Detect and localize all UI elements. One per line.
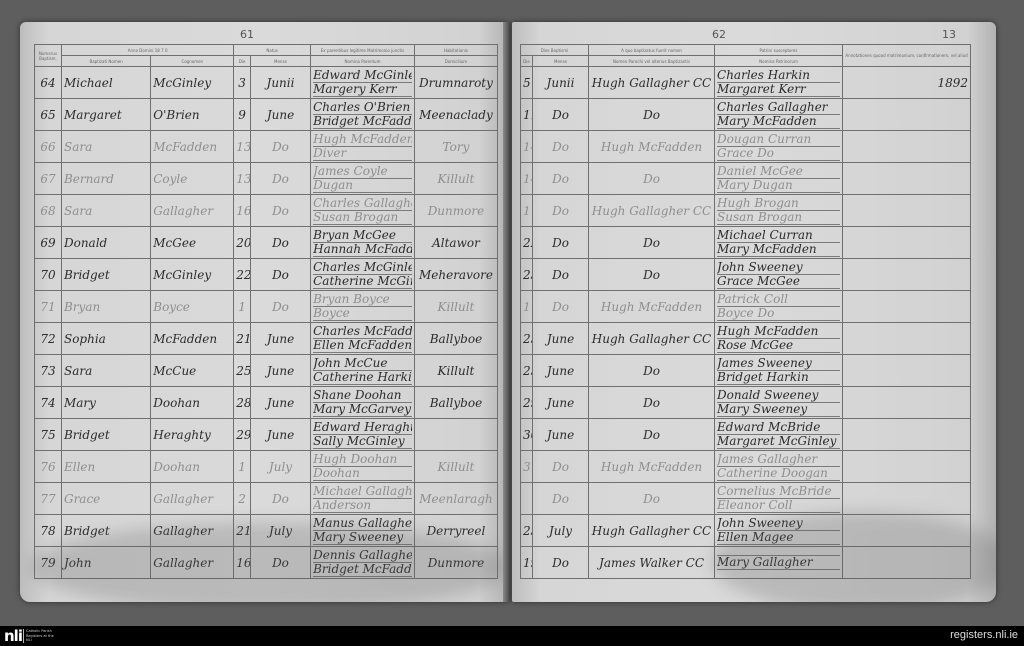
sponsors-line-2: Margaret Kerr [717, 83, 840, 97]
christian-name: Michael [61, 67, 150, 99]
remarks [843, 131, 971, 163]
baptism-day: 14 [521, 163, 533, 195]
baptism-month: Do [533, 227, 589, 259]
parents-line-1: Edward McGinley [313, 69, 412, 83]
header-born-group: Natus [234, 45, 311, 56]
baptism-month: Do [533, 547, 589, 579]
entry-number: 71 [35, 291, 62, 323]
page-number-right: 62 [712, 28, 726, 41]
birth-month: Do [250, 131, 310, 163]
remarks [843, 163, 971, 195]
birth-day: 1 [234, 451, 251, 483]
baptism-month: Do [533, 131, 589, 163]
birth-month: Do [250, 483, 310, 515]
parents-line-2: Sally McGinley [313, 435, 412, 449]
baptism-day: 23 [521, 259, 533, 291]
table-row: 72SophiaMcFadden21JuneCharles McFaddenEl… [35, 323, 498, 355]
sponsors-line-2: Mary Sweeney [717, 403, 840, 417]
sponsors-line-2: Grace Do [717, 147, 840, 161]
parents: Hugh McFaddenDiver [311, 131, 415, 163]
table-row: 5JuniiHugh Gallagher CCCharles HarkinMar… [521, 67, 971, 99]
sponsors: Charles GallagherMary McFadden [715, 99, 843, 131]
sponsors: James SweeneyBridget Harkin [715, 355, 843, 387]
header-baptism-month: Mense [533, 56, 589, 67]
sponsors: Edward McBrideMargaret McGinley [715, 419, 843, 451]
parents-line-1: Hugh McFadden [313, 133, 412, 147]
christian-name: Mary [61, 387, 150, 419]
parents: Hugh DoohanDoohan [311, 451, 415, 483]
table-row: 68SaraGallagher16DoCharles GallagherSusa… [35, 195, 498, 227]
parents-line-2: Hannah McFadden [313, 243, 412, 257]
birth-day: 13 [234, 131, 251, 163]
parents-line-1: Hugh Doohan [313, 453, 412, 467]
sponsors: James GallagherCatherine Doogan [715, 451, 843, 483]
baptism-day: 25 [521, 323, 533, 355]
logo-divider [23, 629, 24, 643]
table-row: 76EllenDoohan1JulyHugh DoohanDoohanKillu… [35, 451, 498, 483]
header-remarks: Annotationes quoad matrimonium, confirma… [843, 45, 971, 67]
sponsors: Charles HarkinMargaret Kerr [715, 67, 843, 99]
parents-line-1: John McCue [313, 357, 412, 371]
minister: James Walker CC [589, 547, 715, 579]
baptism-register-table-left: Numerus Baptism. Anno Domini 18 7 0 Natu… [34, 44, 498, 579]
table-row: 14DoDoDaniel McGeeMary Dugan [521, 163, 971, 195]
parents-line-1: Charles O'Brien [313, 101, 412, 115]
birth-month: July [250, 451, 310, 483]
birth-month: Do [250, 259, 310, 291]
table-row: 74MaryDoohan28JuneShane DoohanMary McGar… [35, 387, 498, 419]
sponsors-line-2: Susan Brogan [717, 211, 840, 225]
minister: Hugh McFadden [589, 131, 715, 163]
entry-number: 77 [35, 483, 62, 515]
table-row: 66SaraMcFadden13DoHugh McFaddenDiverTory [35, 131, 498, 163]
sponsors-line-2: Mary McFadden [717, 115, 840, 129]
baptism-day: 22 [521, 227, 533, 259]
sponsors-line-1: Hugh Brogan [717, 197, 840, 211]
parents-line-2: Doohan [313, 467, 412, 481]
minister: Do [589, 483, 715, 515]
christian-name: Ellen [61, 451, 150, 483]
residence: Killult [414, 451, 497, 483]
residence: Meheravore [414, 259, 497, 291]
header-minister-group: A quo baptizatus fuerit nomen [589, 45, 715, 56]
parents: James CoyleDugan [311, 163, 415, 195]
birth-day: 3 [234, 67, 251, 99]
baptism-month: June [533, 323, 589, 355]
birth-day: 21 [234, 323, 251, 355]
table-row: 67BernardCoyle13DoJames CoyleDuganKillul… [35, 163, 498, 195]
baptism-day: 3 [521, 451, 533, 483]
entry-number: 66 [35, 131, 62, 163]
parents-line-2: Boyce [313, 307, 412, 321]
birth-month: June [250, 323, 310, 355]
header-name-group: Anno Domini 18 7 0 [61, 45, 233, 56]
table-row: 65MargaretO'Brien9JuneCharles O'BrienBri… [35, 99, 498, 131]
residence: Meenaclady [414, 99, 497, 131]
surname: Gallagher [151, 483, 234, 515]
sponsors-line-1: Daniel McGee [717, 165, 840, 179]
christian-name: Sara [61, 355, 150, 387]
baptism-day: 1 [521, 291, 533, 323]
entry-number: 73 [35, 355, 62, 387]
remarks [843, 99, 971, 131]
header-entry-number: Numerus Baptism. [35, 45, 62, 67]
entry-number: 76 [35, 451, 62, 483]
birth-day: 1 [234, 291, 251, 323]
surname: Gallagher [151, 195, 234, 227]
sponsors-line-2: Rose McGee [717, 339, 840, 353]
sponsors-line-2: Margaret McGinley [717, 435, 840, 449]
residence: Ballyboe [414, 323, 497, 355]
baptism-day: 29 [521, 387, 533, 419]
surname: Coyle [151, 163, 234, 195]
header-residence: Habitationis [414, 45, 497, 56]
baptism-day: 19 [521, 547, 533, 579]
sponsors-line-1: James Gallagher [717, 453, 840, 467]
header-sponsors-group: Patrini susceptores [715, 45, 843, 56]
minister: Hugh Gallagher CC [589, 195, 715, 227]
entry-number: 65 [35, 99, 62, 131]
sponsors-line-1: Hugh McFadden [717, 325, 840, 339]
table-row: 25JuneDoJames SweeneyBridget Harkin [521, 355, 971, 387]
baptism-day: 30 [521, 419, 533, 451]
birth-month: June [250, 419, 310, 451]
surname: Heraghty [151, 419, 234, 451]
sponsors-line-1: Michael Curran [717, 229, 840, 243]
parents-line-1: Michael Gallagher [313, 485, 412, 499]
table-row: 64MichaelMcGinley3JuniiEdward McGinleyMa… [35, 67, 498, 99]
birth-month: June [250, 355, 310, 387]
sponsors-line-1: Edward McBride [717, 421, 840, 435]
minister: Do [589, 259, 715, 291]
table-row: 3DoHugh McFaddenJames GallagherCatherine… [521, 451, 971, 483]
residence: Tory [414, 131, 497, 163]
parents: Charles McFaddenEllen McFadden [311, 323, 415, 355]
baptism-day: 14 [521, 131, 533, 163]
parents-line-1: Edward Heraghty [313, 421, 412, 435]
parents: Charles O'BrienBridget McFadden [311, 99, 415, 131]
remarks [843, 451, 971, 483]
corner-number: 13 [942, 28, 956, 41]
entry-number: 75 [35, 419, 62, 451]
residence: Meenlaragh [414, 483, 497, 515]
sponsors: John SweeneyGrace McGee [715, 259, 843, 291]
surname: Doohan [151, 451, 234, 483]
remarks [843, 387, 971, 419]
right-register-page: 62 13 Dies Baptismi A quo baptizatus fue… [512, 22, 996, 602]
registers-site-link[interactable]: registers.nli.ie [950, 629, 1018, 641]
remarks [843, 323, 971, 355]
surname: Doohan [151, 387, 234, 419]
surname: McFadden [151, 131, 234, 163]
table-row: 71BryanBoyce1DoBryan BoyceBoyceKillult [35, 291, 498, 323]
baptism-month: Do [533, 195, 589, 227]
birth-day: 2 [234, 483, 251, 515]
table-row: 29JuneDoDonald SweeneyMary Sweeney [521, 387, 971, 419]
table-row: 69DonaldMcGee20DoBryan McGeeHannah McFad… [35, 227, 498, 259]
header-parents-names: Nomina Parentum [311, 56, 415, 67]
parents-line-1: Charles McGinley [313, 261, 412, 275]
minister: Do [589, 419, 715, 451]
header-parents: Ex parentibus legitime Matrimonio juncti… [311, 45, 415, 56]
baptism-month: June [533, 355, 589, 387]
sponsors: Hugh BroganSusan Brogan [715, 195, 843, 227]
christian-name: Bryan [61, 291, 150, 323]
surname: McGinley [151, 259, 234, 291]
remarks [843, 419, 971, 451]
table-row: 17DoHugh Gallagher CCHugh BroganSusan Br… [521, 195, 971, 227]
minister: Hugh McFadden [589, 451, 715, 483]
remarks [843, 483, 971, 515]
table-row: DoDoCornelius McBrideEleanor Coll [521, 483, 971, 515]
birth-month: Do [250, 291, 310, 323]
sponsors-line-2: Catherine Doogan [717, 467, 840, 481]
parents: Bryan McGeeHannah McFadden [311, 227, 415, 259]
sponsors-line-2: Boyce Do [717, 307, 840, 321]
entry-number: 68 [35, 195, 62, 227]
sponsors-line-1: Charles Gallagher [717, 101, 840, 115]
christian-name: Margaret [61, 99, 150, 131]
birth-day: 16 [234, 195, 251, 227]
residence: Altawor [414, 227, 497, 259]
birth-day: 22 [234, 259, 251, 291]
table-row: 73SaraMcCue25JuneJohn McCueCatherine Har… [35, 355, 498, 387]
remarks: 1892 [843, 67, 971, 99]
remarks [843, 195, 971, 227]
birth-day: 28 [234, 387, 251, 419]
parents-line-1: Bryan McGee [313, 229, 412, 243]
parents: Shane DoohanMary McGarvey [311, 387, 415, 419]
birth-month: Junii [250, 67, 310, 99]
birth-month: June [250, 99, 310, 131]
surname: McGee [151, 227, 234, 259]
table-row: 75BridgetHeraghty29JuneEdward HeraghtySa… [35, 419, 498, 451]
birth-day: 25 [234, 355, 251, 387]
parents: John McCueCatherine Harkin [311, 355, 415, 387]
birth-day: 20 [234, 227, 251, 259]
sponsors-line-2: Mary McFadden [717, 243, 840, 257]
table-row: 11DoDoCharles GallagherMary McFadden [521, 99, 971, 131]
birth-month: Do [250, 227, 310, 259]
christian-name: Bernard [61, 163, 150, 195]
residence: Killult [414, 355, 497, 387]
residence: Dunmore [414, 195, 497, 227]
sponsors: Donald SweeneyMary Sweeney [715, 387, 843, 419]
entry-number: 70 [35, 259, 62, 291]
entry-number: 74 [35, 387, 62, 419]
nli-logo-subtitle: Catholic Parish Registers at the NLI [26, 629, 56, 643]
baptism-register-table-right: Dies Baptismi A quo baptizatus fuerit no… [520, 44, 971, 579]
page-stain [30, 522, 508, 602]
sponsors-line-1: Cornelius McBride [717, 485, 840, 499]
left-register-page: 61 Numerus Baptism. Anno Domini 18 7 0 N… [20, 22, 508, 602]
surname: Boyce [151, 291, 234, 323]
minister: Do [589, 387, 715, 419]
baptism-month: Do [533, 259, 589, 291]
baptism-day [521, 483, 533, 515]
parents: Edward McGinleyMargery Kerr [311, 67, 415, 99]
baptism-day: 17 [521, 195, 533, 227]
sponsors-line-2: Grace McGee [717, 275, 840, 289]
header-month: Mense [250, 56, 310, 67]
minister: Do [589, 163, 715, 195]
page-number-left: 61 [240, 28, 254, 41]
remarks [843, 227, 971, 259]
christian-name: Donald [61, 227, 150, 259]
table-row: 25JuneHugh Gallagher CCHugh McFaddenRose… [521, 323, 971, 355]
sponsors-line-1: Patrick Coll [717, 293, 840, 307]
baptism-month: Do [533, 291, 589, 323]
birth-month: June [250, 387, 310, 419]
table-row: 77GraceGallagher2DoMichael GallagherAnde… [35, 483, 498, 515]
parents: Charles McGinleyCatherine McGinley [311, 259, 415, 291]
parents-line-1: Bryan Boyce [313, 293, 412, 307]
parents: Michael GallagherAnderson [311, 483, 415, 515]
baptism-month: Do [533, 163, 589, 195]
sponsors: Michael CurranMary McFadden [715, 227, 843, 259]
sponsors-line-1: Donald Sweeney [717, 389, 840, 403]
birth-day: 29 [234, 419, 251, 451]
sponsors: Hugh McFaddenRose McGee [715, 323, 843, 355]
sponsors: Patrick CollBoyce Do [715, 291, 843, 323]
register-image-viewer[interactable]: 61 Numerus Baptism. Anno Domini 18 7 0 N… [0, 0, 1024, 626]
christian-name: Bridget [61, 419, 150, 451]
parents-line-1: Shane Doohan [313, 389, 412, 403]
birth-day: 9 [234, 99, 251, 131]
footer-bar: nli Catholic Parish Registers at the NLI… [0, 626, 1024, 646]
header-christian-name: Baptizati Nomen [61, 56, 150, 67]
parents-line-2: Diver [313, 147, 412, 161]
christian-name: Sara [61, 195, 150, 227]
minister: Hugh Gallagher CC [589, 323, 715, 355]
table-row: 30JuneDoEdward McBrideMargaret McGinley [521, 419, 971, 451]
parents-line-2: Margery Kerr [313, 83, 412, 97]
entry-number: 69 [35, 227, 62, 259]
sponsors-line-1: John Sweeney [717, 261, 840, 275]
baptism-month: July [533, 515, 589, 547]
sponsors: Dougan CurranGrace Do [715, 131, 843, 163]
header-domicile: Domicilium [414, 56, 497, 67]
residence: Ballyboe [414, 387, 497, 419]
parents: Bryan BoyceBoyce [311, 291, 415, 323]
sponsors-line-2: Bridget Harkin [717, 371, 840, 385]
table-row: 23DoDoJohn SweeneyGrace McGee [521, 259, 971, 291]
parents: Edward HeraghtySally McGinley [311, 419, 415, 451]
entry-number: 64 [35, 67, 62, 99]
table-row: 1DoHugh McFaddenPatrick CollBoyce Do [521, 291, 971, 323]
baptism-month: June [533, 387, 589, 419]
sponsors-line-1: Dougan Curran [717, 133, 840, 147]
minister: Do [589, 99, 715, 131]
baptism-month: Do [533, 483, 589, 515]
surname: O'Brien [151, 99, 234, 131]
surname: McCue [151, 355, 234, 387]
nli-logo[interactable]: nli [4, 628, 22, 644]
parents-line-2: Mary McGarvey [313, 403, 412, 417]
sponsors-line-1: James Sweeney [717, 357, 840, 371]
christian-name: Sara [61, 131, 150, 163]
baptism-month: June [533, 419, 589, 451]
birth-day: 13 [234, 163, 251, 195]
sponsors: Cornelius McBrideEleanor Coll [715, 483, 843, 515]
remarks [843, 291, 971, 323]
surname: McGinley [151, 67, 234, 99]
header-surname: Cognomen [151, 56, 234, 67]
baptism-day: 23 [521, 515, 533, 547]
baptism-month: Junii [533, 67, 589, 99]
table-row: 14DoHugh McFaddenDougan CurranGrace Do [521, 131, 971, 163]
parents-line-2: Bridget McFadden [313, 115, 412, 129]
parents-line-2: Dugan [313, 179, 412, 193]
header-baptism-date-group: Dies Baptismi [521, 45, 589, 56]
baptism-day: 25 [521, 355, 533, 387]
residence: Killult [414, 163, 497, 195]
table-row: 22DoDoMichael CurranMary McFadden [521, 227, 971, 259]
header-day: Die [234, 56, 251, 67]
remarks [843, 259, 971, 291]
minister: Hugh McFadden [589, 291, 715, 323]
christian-name: Grace [61, 483, 150, 515]
minister: Hugh Gallagher CC [589, 67, 715, 99]
parents-line-1: Charles McFadden [313, 325, 412, 339]
entry-number: 67 [35, 163, 62, 195]
sponsors-line-2: Eleanor Coll [717, 499, 840, 513]
minister: Do [589, 227, 715, 259]
christian-name: Bridget [61, 259, 150, 291]
birth-month: Do [250, 195, 310, 227]
header-sponsors: Nomina Patrinorum [715, 56, 843, 67]
parents-line-1: James Coyle [313, 165, 412, 179]
sponsors-line-2: Mary Dugan [717, 179, 840, 193]
parents-line-1: Charles Gallagher [313, 197, 412, 211]
entry-number: 72 [35, 323, 62, 355]
parents-line-2: Ellen McFadden [313, 339, 412, 353]
entry-number: 78 [35, 515, 62, 547]
parents: Charles GallagherSusan Brogan [311, 195, 415, 227]
parents-line-2: Catherine Harkin [313, 371, 412, 385]
baptism-day: 5 [521, 67, 533, 99]
baptism-month: Do [533, 451, 589, 483]
header-minister: Nomen Parochi vel alterius Baptizantis [589, 56, 715, 67]
minister: Hugh Gallagher CC [589, 515, 715, 547]
parents-line-2: Susan Brogan [313, 211, 412, 225]
baptism-month: Do [533, 99, 589, 131]
residence: Drumnaroty [414, 67, 497, 99]
sponsors-line-1: Charles Harkin [717, 69, 840, 83]
sponsors: Daniel McGeeMary Dugan [715, 163, 843, 195]
parents-line-2: Catherine McGinley [313, 275, 412, 289]
residence: Killult [414, 291, 497, 323]
remarks [843, 355, 971, 387]
header-baptism-day: Die [521, 56, 533, 67]
birth-month: Do [250, 163, 310, 195]
surname: McFadden [151, 323, 234, 355]
residence [414, 419, 497, 451]
baptism-day: 11 [521, 99, 533, 131]
christian-name: Sophia [61, 323, 150, 355]
minister: Do [589, 355, 715, 387]
parents-line-2: Anderson [313, 499, 412, 513]
table-row: 70BridgetMcGinley22DoCharles McGinleyCat… [35, 259, 498, 291]
